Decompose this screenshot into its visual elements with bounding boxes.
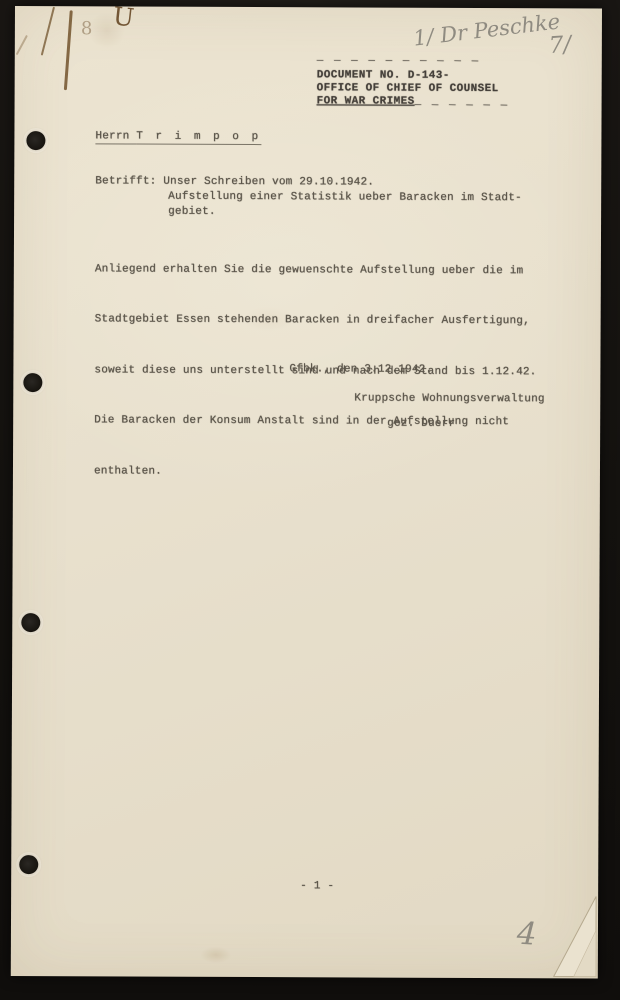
stamp-office-line: OFFICE OF CHIEF OF COUNSEL [317,82,499,95]
pencil-folio-bottom: 4 [516,916,538,953]
signature-name: gez. Duerr [387,418,455,430]
stamp-document-number: DOCUMENT NO. D-143- [317,69,450,82]
document-page: 8 U 1/ Dr Peschke 7/ 4 _ _ _ _ _ _ _ _ _… [11,6,602,979]
punch-hole [26,131,45,150]
ink-mark-eight: 8 [81,18,93,39]
body-line: Stadtgebiet Essen stehenden Baracken in … [95,307,537,335]
stamp-war-crimes-text: FOR WAR CRIMES [317,95,415,107]
folded-corner [546,894,598,978]
ink-stroke [16,35,28,55]
page-number: - 1 - [300,880,334,892]
punch-hole [23,373,42,392]
pencil-annotation-peschke: 1/ Dr Peschke [412,9,561,50]
folded-corner-shape [546,894,598,978]
subject-line-2: Aufstellung einer Statistik ueber Barack… [168,191,522,205]
punch-hole [19,855,38,874]
punch-hole [21,613,40,632]
stamp-dashes-top: _ _ _ _ _ _ _ _ _ _ [317,51,480,64]
ink-mark-u: U [111,1,135,32]
signature-organization: Kruppsche Wohnungsverwaltung [354,392,544,405]
subject-line-1: Betrifft: Unser Schreiben vom 29.10.1942… [95,175,374,188]
ink-stroke [64,10,73,90]
pencil-folio-top: 7/ [548,32,572,59]
body-line: Anliegend erhalten Sie die gewuenschte A… [95,256,537,284]
stamp-war-crimes-line: FOR WAR CRIMES_ _ _ _ _ _ [317,95,510,108]
subject-line-3: gebiet. [168,206,216,218]
stamp-dashes-trailing: _ _ _ _ _ _ [415,96,510,108]
ink-stroke [41,7,55,56]
recipient-line: Herrn T r i m p o p [95,130,261,143]
recipient-prefix: Herrn [95,130,136,144]
body-line: Die Baracken der Konsum Anstalt sind in … [94,408,536,436]
dateline: Gfbk., den 3.12.1942. [289,363,432,376]
body-line: enthalten. [94,458,536,486]
recipient-name: T r i m p o p [136,131,261,146]
